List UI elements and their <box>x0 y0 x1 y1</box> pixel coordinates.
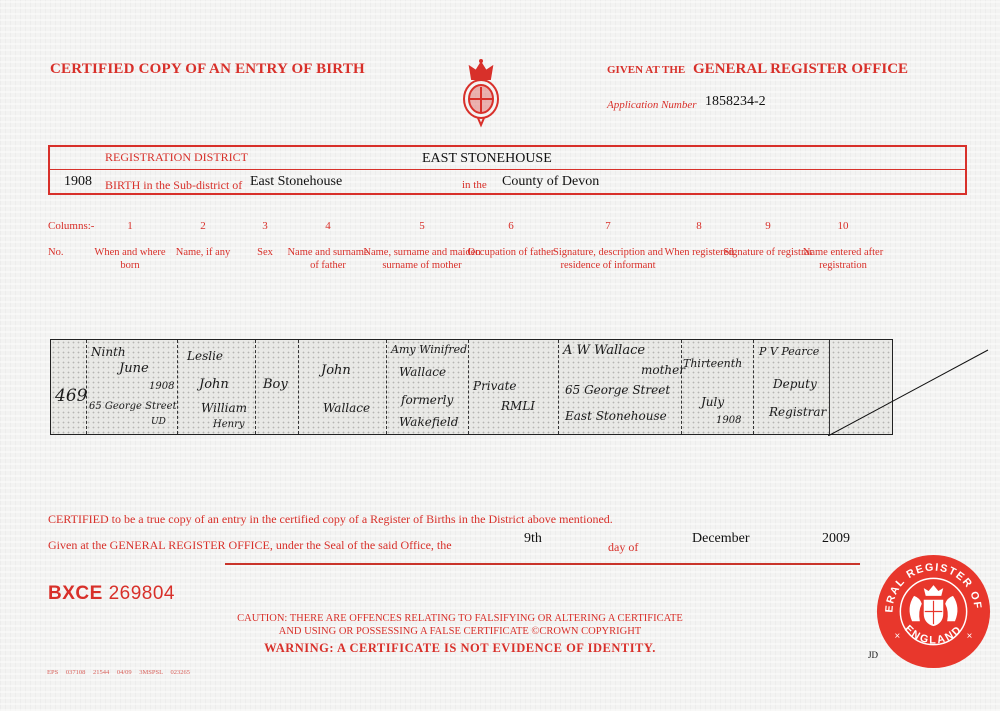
father-occupation: Private <box>473 380 517 392</box>
mother-formerly: formerly <box>401 394 453 406</box>
column-number: 7 <box>588 220 628 232</box>
father-surname: Wallace <box>323 402 370 414</box>
forename-4: Henry <box>213 420 245 430</box>
svg-text:×: × <box>967 631 973 642</box>
registrar-title: Deputy <box>773 378 817 390</box>
issue-day: 9th <box>524 531 542 547</box>
informant-address: 65 George Street <box>565 384 670 396</box>
registered-month: July <box>701 396 724 408</box>
certificate-title: CERTIFIED COPY OF AN ENTRY OF BIRTH <box>50 61 365 78</box>
informant-district: East Stonehouse <box>565 410 667 422</box>
columns-label: Columns:- <box>48 220 94 232</box>
mother-forenames: Amy Winifred <box>391 344 467 355</box>
column-number: 3 <box>245 220 285 232</box>
application-number-label: Application Number <box>607 99 697 111</box>
forename-2: John <box>199 378 229 391</box>
column-number: 6 <box>491 220 531 232</box>
column-number: 2 <box>183 220 223 232</box>
print-reference: EPS 037108 21544 04/09 3MSPSL 023265 <box>47 669 190 676</box>
column-header: Signature, description and residence of … <box>548 246 668 272</box>
column-header: Occupation of father <box>466 246 556 259</box>
caution-line-2: AND USING OR POSSESSING A FALSE CERTIFIC… <box>220 625 700 638</box>
royal-crest-icon <box>460 57 502 129</box>
subdistrict-label: BIRTH in the Sub-district of <box>105 178 242 193</box>
issue-month: December <box>692 531 750 547</box>
sex-value: Boy <box>263 378 288 391</box>
birth-place-suffix: UD <box>151 418 166 427</box>
certification-statement: CERTIFIED to be a true copy of an entry … <box>48 512 613 527</box>
void-line <box>828 330 998 436</box>
office-name: GENERAL REGISTER OFFICE <box>693 61 908 77</box>
seal-statement: Given at the GENERAL REGISTER OFFICE, un… <box>48 538 452 553</box>
serial-prefix: BXCE <box>48 583 103 604</box>
in-the-label: in the <box>462 179 487 191</box>
day-of-label: day of <box>608 540 638 555</box>
given-prefix: GIVEN AT THE <box>607 64 685 76</box>
mother-surname: Wallace <box>399 366 446 378</box>
father-regiment: RMLI <box>501 400 535 412</box>
column-number: 9 <box>748 220 788 232</box>
gro-seal-icon: GENERAL REGISTER OFFICE ENGLAND × × <box>875 553 992 670</box>
issue-year: 2009 <box>822 531 850 547</box>
signature-line <box>225 563 860 565</box>
mother-maiden-surname: Wakefield <box>399 416 458 428</box>
father-forename: John <box>321 364 351 377</box>
serial-digits: 269804 <box>109 583 175 604</box>
registrar-role: Registrar <box>769 406 826 418</box>
column-number: 1 <box>110 220 150 232</box>
column-number: 10 <box>823 220 863 232</box>
entry-table: 469 Ninth June 1908 65 George Street UD … <box>50 339 893 435</box>
column-header: No. <box>48 246 78 259</box>
column-header: Name, surname and maiden surname of moth… <box>362 246 482 272</box>
caution-line-1: CAUTION: THERE ARE OFFENCES RELATING TO … <box>220 612 700 625</box>
birth-month: June <box>119 362 149 375</box>
registered-day: Thirteenth <box>683 358 742 369</box>
registered-year: 1908 <box>716 416 741 426</box>
informant-description: mother <box>641 364 685 376</box>
caution-notice: CAUTION: THERE ARE OFFENCES RELATING TO … <box>220 612 700 638</box>
column-number: 4 <box>308 220 348 232</box>
column-header: Name entered after registration <box>798 246 888 272</box>
birth-day: Ninth <box>91 346 126 358</box>
subdistrict-value: East Stonehouse <box>250 174 342 190</box>
entry-number: 469 <box>55 388 87 405</box>
county-value: County of Devon <box>502 174 599 190</box>
birth-year: 1908 <box>149 382 174 392</box>
column-number: 5 <box>402 220 442 232</box>
registrar-name: P V Pearce <box>759 346 819 357</box>
registration-district-label: REGISTRATION DISTRICT <box>105 150 248 165</box>
issuing-office: GIVEN AT THE GENERAL REGISTER OFFICE <box>607 61 908 78</box>
forename-1: Leslie <box>187 350 223 362</box>
birth-place: 65 George Street <box>89 402 177 412</box>
column-number: 8 <box>679 220 719 232</box>
informant-name: A W Wallace <box>563 344 645 357</box>
forename-3: William <box>201 402 247 414</box>
registration-year: 1908 <box>64 174 92 190</box>
column-header: Name and surname of father <box>283 246 373 272</box>
svg-text:×: × <box>895 631 901 642</box>
registration-district-value: EAST STONEHOUSE <box>422 151 552 167</box>
serial-number: BXCE 269804 <box>48 583 175 605</box>
identity-warning: WARNING: A CERTIFICATE IS NOT EVIDENCE O… <box>220 641 700 656</box>
application-number: 1858234-2 <box>705 94 766 110</box>
